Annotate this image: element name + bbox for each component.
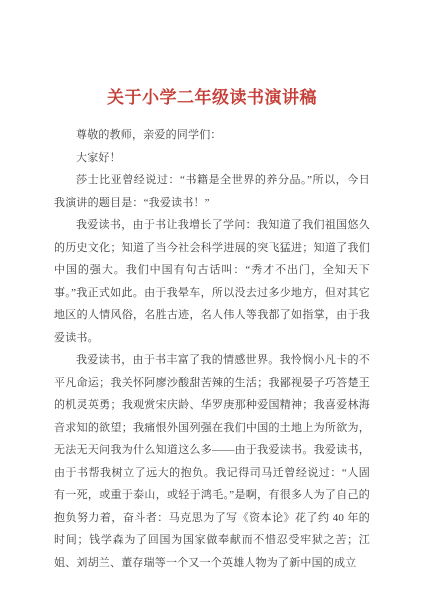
paragraph-emotion: 我爱读书，由于书丰富了我的情感世界。我怜悯小凡卡的不平凡命运；我关怀阿廖沙酸甜苦… — [54, 349, 370, 574]
paragraph-salutation: 尊敬的教师，亲爱的同学们： — [54, 124, 370, 147]
paragraph-greeting: 大家好！ — [54, 147, 370, 170]
page-title: 关于小学二年级读书演讲稿 — [0, 0, 424, 110]
paragraph-knowledge: 我爱读书，由于书让我增长了学问：我知道了我们祖国悠久的历史文化；知道了当今社会科… — [54, 214, 370, 349]
paragraph-intro: 莎士比亚曾经说过：“书籍是全世界的养分品。”所以，今日我演讲的题目是：“我爱读书… — [54, 169, 370, 214]
document-page: 关于小学二年级读书演讲稿 尊敬的教师，亲爱的同学们： 大家好！ 莎士比亚曾经说过… — [0, 0, 424, 600]
document-body: 尊敬的教师，亲爱的同学们： 大家好！ 莎士比亚曾经说过：“书籍是全世界的养分品。… — [54, 110, 370, 574]
